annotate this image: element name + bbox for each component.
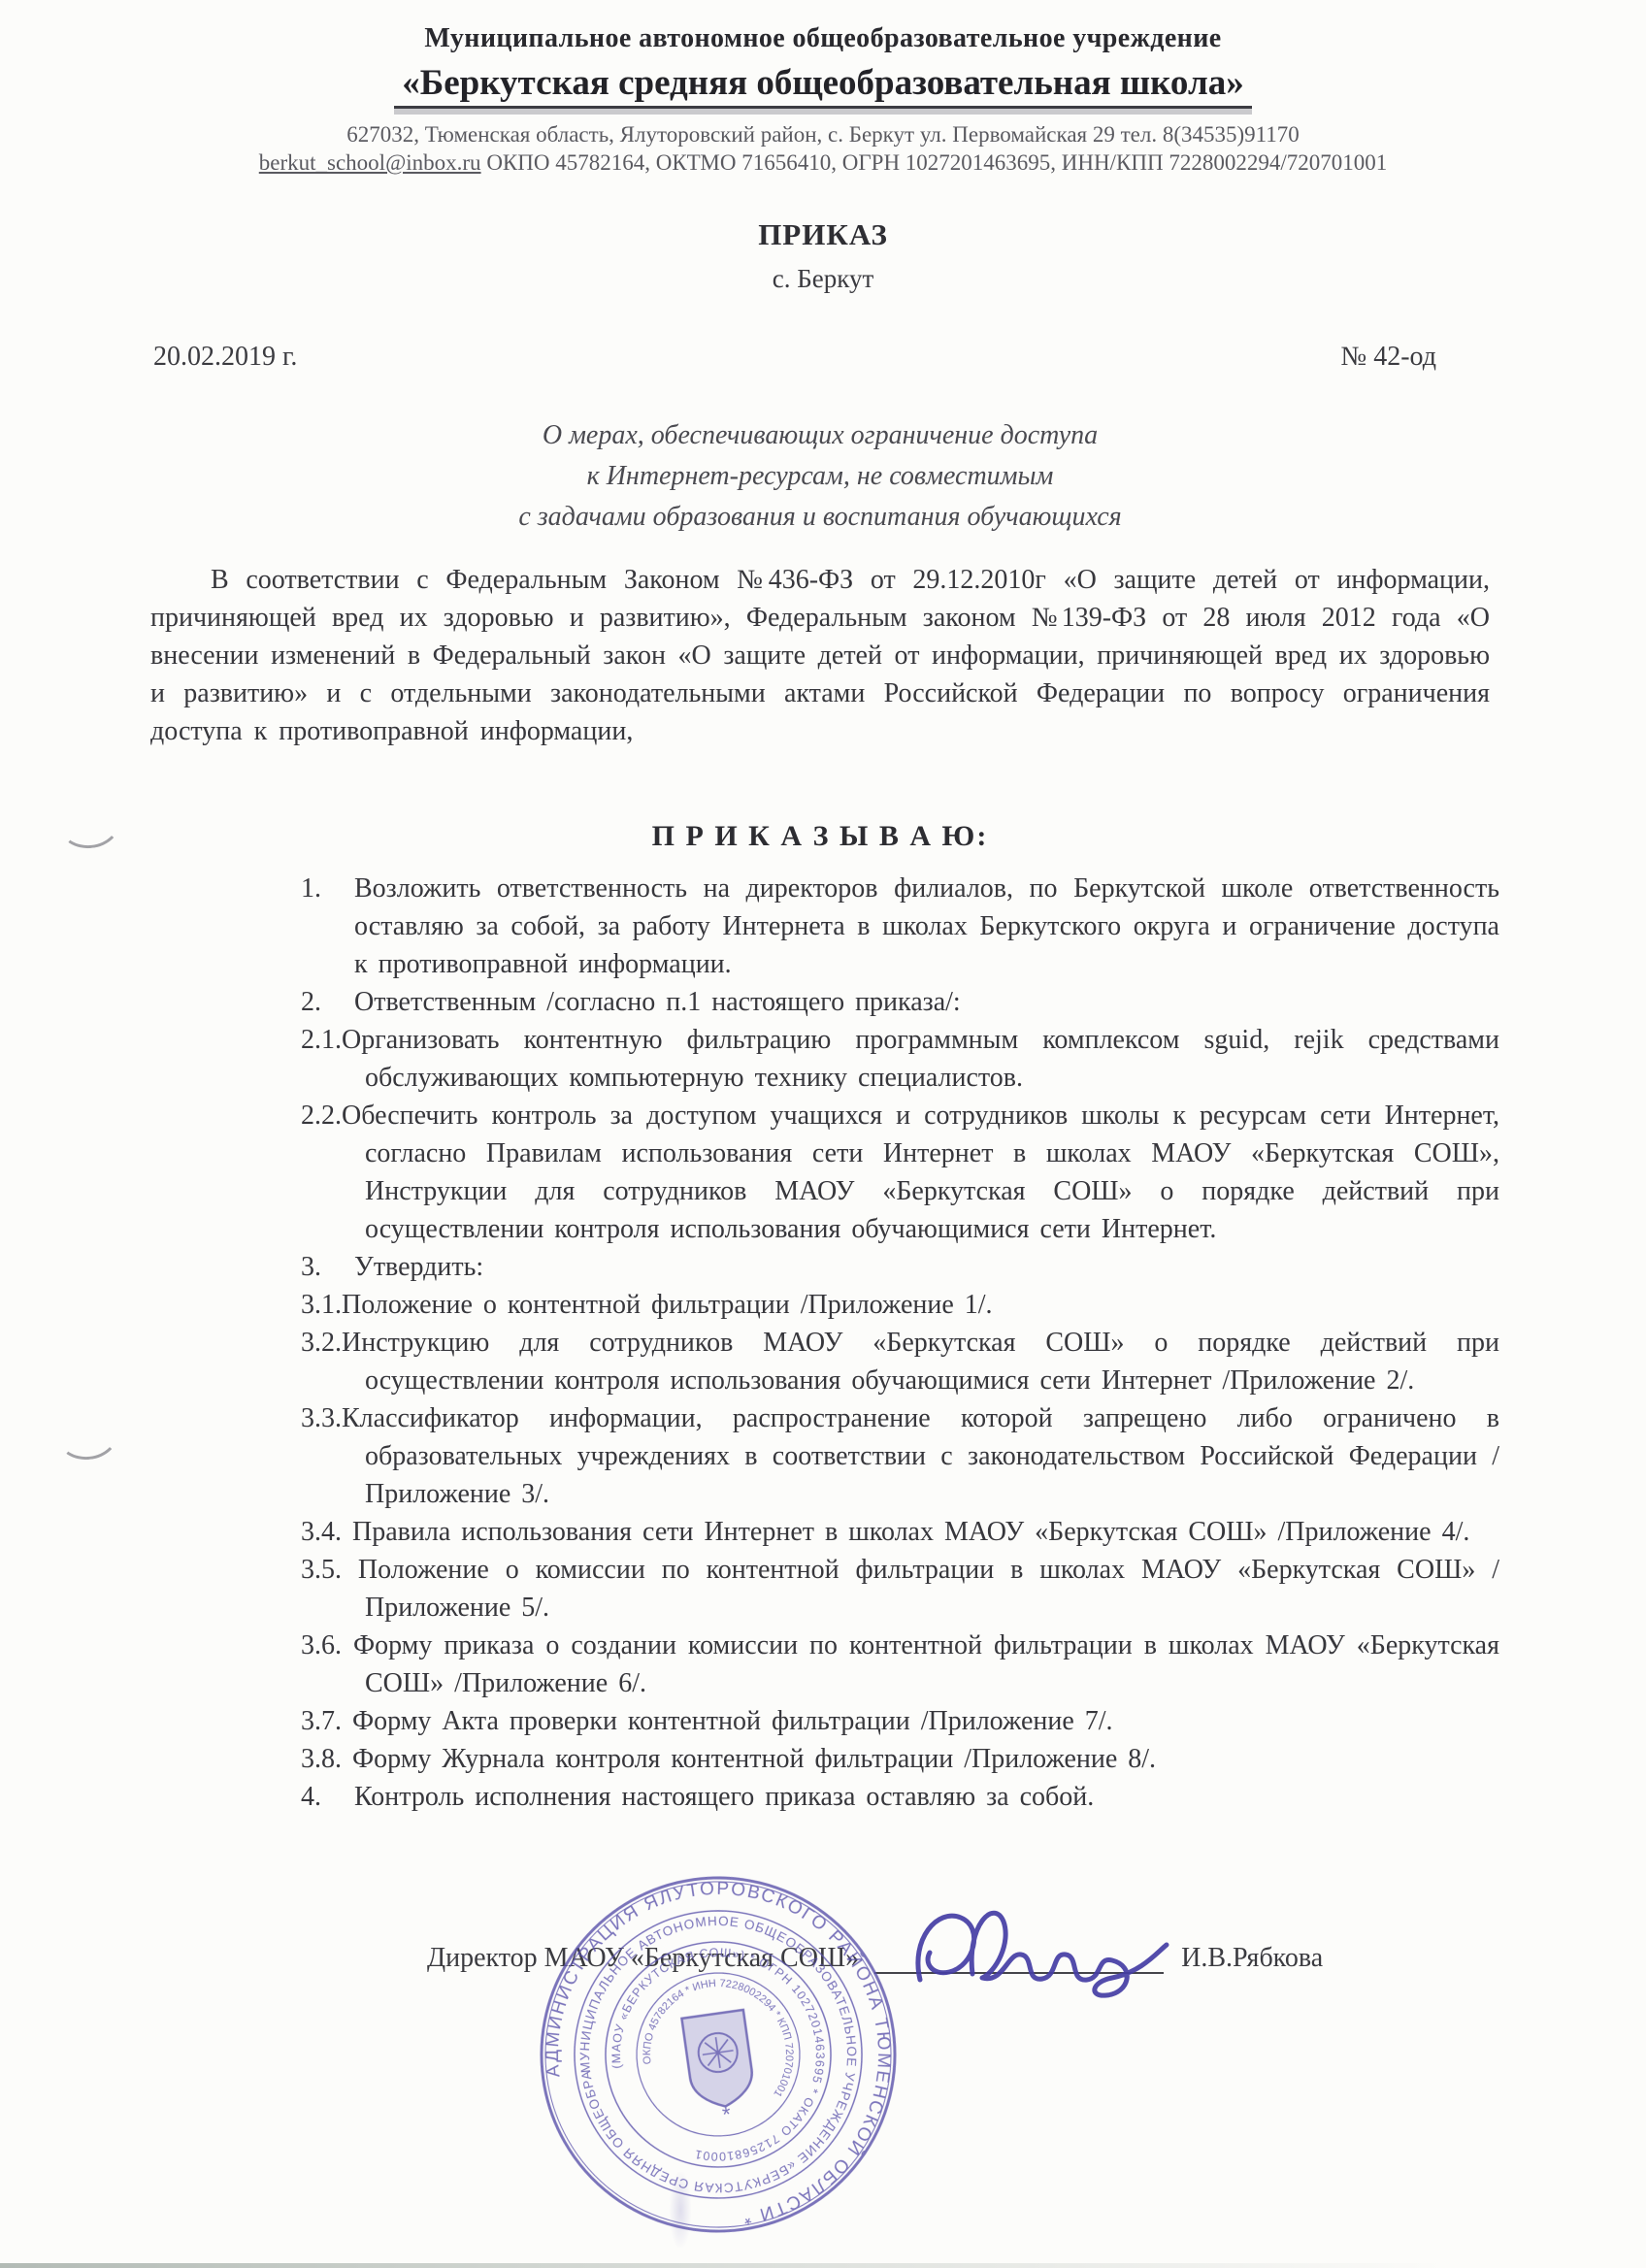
order-item: 2.Ответственным /согласно п.1 настоящего…	[301, 983, 1499, 1021]
subject-line: О мерах, обеспечивающих ограничение дост…	[150, 415, 1490, 456]
order-subitem: 3.4. Правила использования сети Интернет…	[301, 1513, 1499, 1551]
org-address: 627032, Тюменская область, Ялуторовский …	[0, 122, 1646, 148]
order-subitem: 3.7. Форму Акта проверки контентной филь…	[301, 1702, 1499, 1740]
scanned-order-document: Муниципальное автономное общеобразовател…	[0, 0, 1646, 2268]
order-subitem: 3.8. Форму Журнала контроля контентной ф…	[301, 1740, 1499, 1778]
document-header: Муниципальное автономное общеобразовател…	[0, 23, 1646, 176]
svg-text:*: *	[721, 2102, 733, 2127]
order-item: 1.Возложить ответственность на директоро…	[301, 870, 1499, 983]
order-subitem: 3.5. Положение о комиссии по контентной …	[301, 1551, 1499, 1627]
order-subitem: 3.1.Положение о контентной фильтрации /П…	[301, 1286, 1499, 1324]
org-name-wrap: «Беркутская средняя общеобразовательная …	[0, 54, 1646, 109]
order-item: 4.Контроль исполнения настоящего приказа…	[301, 1778, 1499, 1816]
doc-number: № 42-од	[1341, 342, 1436, 373]
order-subitem: 2.2.Обеспечить контроль за доступом учащ…	[301, 1097, 1499, 1248]
preamble-paragraph: В соответствии с Федеральным Законом №43…	[150, 561, 1490, 750]
order-subitem: 2.1.Организовать контентную фильтрацию п…	[301, 1021, 1499, 1097]
org-codes-line: berkut_school@inbox.ru ОКПО 45782164, ОК…	[0, 150, 1646, 176]
doc-type-title: ПРИКАЗ	[0, 217, 1646, 252]
org-name: «Беркутская средняя общеобразовательная …	[394, 62, 1251, 109]
punch-hole-shadow	[53, 1406, 120, 1463]
doc-meta-row: 20.02.2019 г. № 42-од	[153, 342, 1436, 373]
org-codes: ОКПО 45782164, ОКТМО 71656410, ОГРН 1027…	[481, 150, 1388, 175]
stamp-coat-of-arms: *	[681, 2010, 759, 2131]
scan-edge-artifact	[0, 2263, 1646, 2268]
order-list: 1.Возложить ответственность на директоро…	[301, 870, 1499, 1816]
doc-place: с. Беркут	[0, 264, 1646, 294]
subject-line: к Интернет-ресурсам, не совместимым	[150, 456, 1490, 497]
order-subitem: 3.3.Классификатор информации, распростра…	[301, 1399, 1499, 1513]
order-heading: П Р И К А З Ы В А Ю:	[150, 820, 1490, 853]
order-subitem: 3.2.Инструкцию для сотрудников МАОУ «Бер…	[301, 1324, 1499, 1399]
subject-line: с задачами образования и воспитания обуч…	[150, 497, 1490, 538]
org-email: berkut_school@inbox.ru	[259, 150, 481, 175]
round-stamp: АДМИНИСТРАЦИЯ ЯЛУТОРОВСКОГО РАЙОНА ТЮМЕН…	[508, 1844, 929, 2265]
handwritten-signature	[901, 1890, 1231, 2017]
doc-date: 20.02.2019 г.	[153, 342, 297, 373]
stamp-ink-smudge	[670, 2172, 691, 2248]
order-subitem: 3.6. Форму приказа о создании комиссии п…	[301, 1627, 1499, 1702]
org-type-line: Муниципальное автономное общеобразовател…	[0, 23, 1646, 54]
doc-subject: О мерах, обеспечивающих ограничение дост…	[150, 415, 1490, 538]
order-item: 3.Утвердить:	[301, 1248, 1499, 1286]
punch-hole-shadow	[55, 795, 122, 851]
